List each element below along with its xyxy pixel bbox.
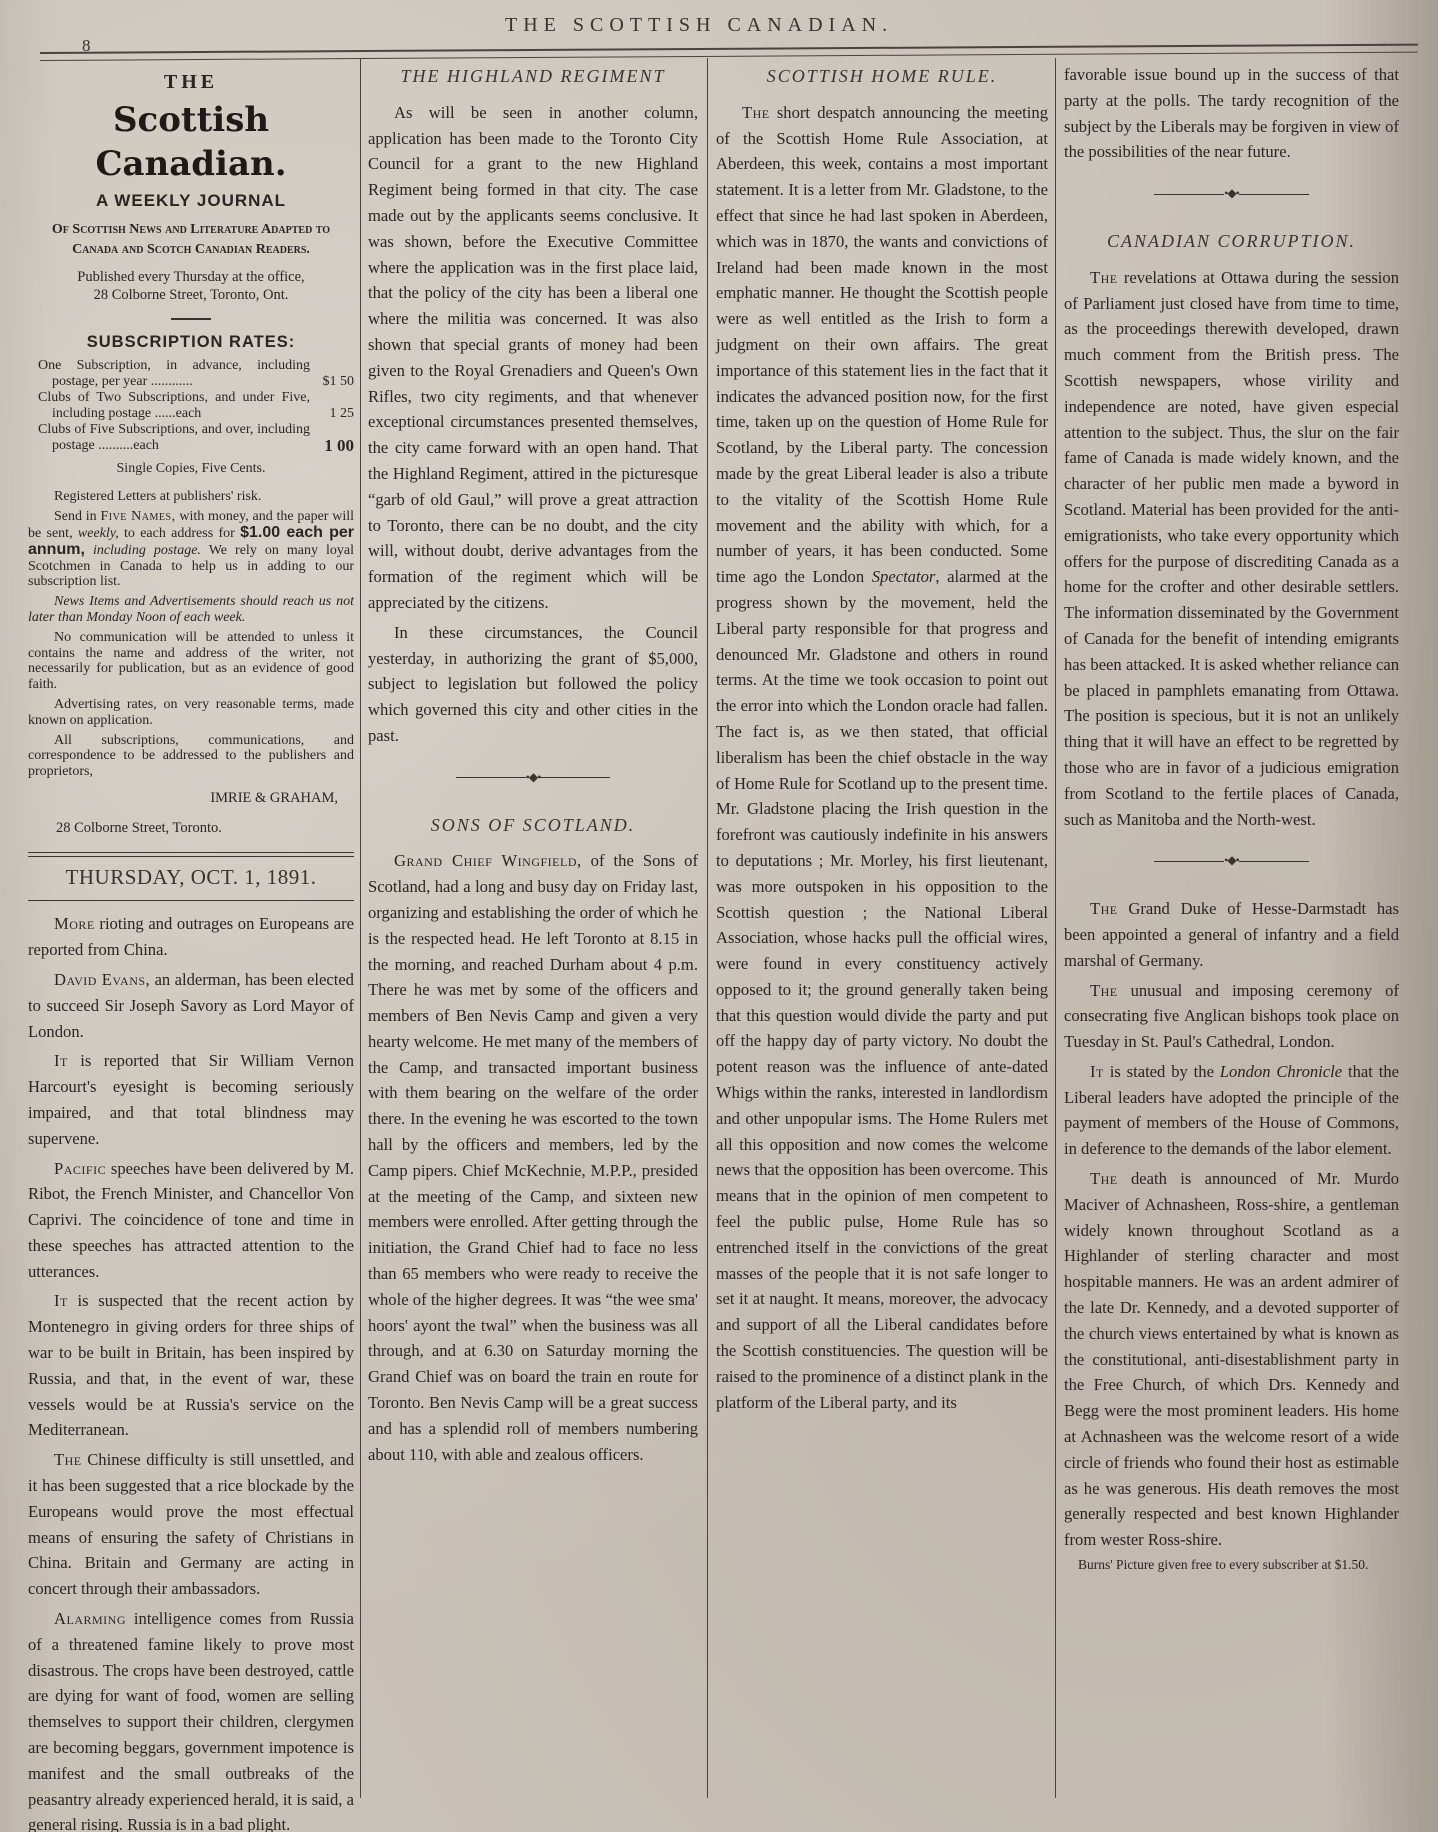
headline-canadian-corruption: CANADIAN CORRUPTION. [1064,229,1399,255]
single-copies-price: Single Copies, Five Cents. [28,456,354,482]
ornament-icon: •◆• [526,770,541,784]
double-rule [28,852,354,857]
running-head: 8 THE SCOTTISH CANADIAN. [0,6,1438,46]
running-title: THE SCOTTISH CANADIAN. [505,14,893,37]
masthead-description: Of Scottish News and Literature Adapted … [28,220,354,260]
column-3: SCOTTISH HOME RULE. The short despatch a… [716,62,1048,1802]
news-item: It is reported that Sir William Vernon H… [28,1048,354,1151]
notice-advertising: Advertising rates, on very reasonable te… [28,697,354,729]
publisher-name: IMRIE & GRAHAM, [28,786,354,812]
rate-price: 1 25 [310,406,354,422]
article-paragraph: As will be seen in another column, appli… [368,100,698,616]
masthead-subtitle: A WEEKLY JOURNAL [28,190,354,212]
rate-description: Clubs of Two Subscriptions, and under Fi… [28,390,310,422]
notice-deadline: News Items and Advertisements should rea… [28,594,354,626]
news-item: David Evans, an alderman, has been elect… [28,967,354,1044]
published-schedule: Published every Thursday at the office, [28,268,354,286]
brief-item: It is stated by the London Chronicle tha… [1064,1059,1399,1162]
brief-item: The death is announced of Mr. Murdo Maci… [1064,1166,1399,1553]
rate-row: One Subscription, in advance, including … [28,358,354,390]
brief-item: The Grand Duke of Hesse-Darmstadt has be… [1064,896,1399,973]
news-item: It is suspected that the recent action b… [28,1288,354,1443]
dateline: THURSDAY, OCT. 1, 1891. [28,865,354,891]
subscription-rates-title: SUBSCRIPTION RATES: [28,330,354,356]
rate-row: Clubs of Two Subscriptions, and under Fi… [28,390,354,422]
article-paragraph: Grand Chief Wingfield, of the Sons of Sc… [368,848,698,1467]
article-paragraph: The short despatch announcing the meetin… [716,100,1048,1416]
news-item: More rioting and outrages on Europeans a… [28,911,354,963]
column-4: favorable issue bound up in the success … [1064,62,1399,1802]
column-divider [360,58,361,1798]
column-2: THE HIGHLAND REGIMENT As will be seen in… [368,62,698,1802]
notice-registered: Registered Letters at publishers' risk. [28,489,354,505]
rate-row: Clubs of Five Subscriptions, and over, i… [28,422,354,454]
footer-note: Burns' Picture given free to every subsc… [1064,1557,1399,1573]
headline-highland-regiment: THE HIGHLAND REGIMENT [368,64,698,90]
column-divider [707,58,708,1798]
notice-communication: No communication will be attended to unl… [28,630,354,693]
rate-description: Clubs of Five Subscriptions, and over, i… [28,422,310,454]
article-continuation: favorable issue bound up in the success … [1064,62,1399,165]
top-double-rule [40,44,1418,61]
notice-address: All subscriptions, communications, and c… [28,733,354,780]
short-rule [171,318,211,320]
news-item: The Chinese difficulty is still unsettle… [28,1447,354,1602]
article-paragraph: The revelations at Ottawa during the ses… [1064,265,1399,833]
rate-price: 1 00 [310,438,354,454]
rate-description: One Subscription, in advance, including … [28,358,310,390]
ornament-icon: •◆• [1224,853,1239,867]
ornament-divider: •◆• [1064,181,1399,207]
masthead-name: Scottish Canadian. [28,98,354,186]
article-paragraph: In these circumstances, the Council yest… [368,620,698,749]
headline-home-rule: SCOTTISH HOME RULE. [716,64,1048,90]
ornament-divider: •◆• [368,765,698,791]
rule [28,900,354,901]
news-item: Pacific speeches have been delivered by … [28,1156,354,1285]
brief-item: The unusual and imposing ceremony of con… [1064,978,1399,1055]
notice-five-names: Send in Five Names, with money, and the … [28,509,354,590]
publisher-address: 28 Colborne Street, Toronto. [28,816,354,842]
masthead-the: THE [28,70,354,96]
rate-price: $1 50 [310,374,354,390]
headline-sons-of-scotland: SONS OF SCOTLAND. [368,813,698,839]
ornament-icon: •◆• [1224,186,1239,200]
column-masthead: THE Scottish Canadian. A WEEKLY JOURNAL … [28,62,354,1802]
ornament-divider: •◆• [1064,848,1399,874]
news-item: Alarming intelligence comes from Russia … [28,1606,354,1832]
office-address: 28 Colborne Street, Toronto, Ont. [28,286,354,304]
publication-info: Published every Thursday at the office, … [28,268,354,304]
column-divider [1055,58,1056,1798]
